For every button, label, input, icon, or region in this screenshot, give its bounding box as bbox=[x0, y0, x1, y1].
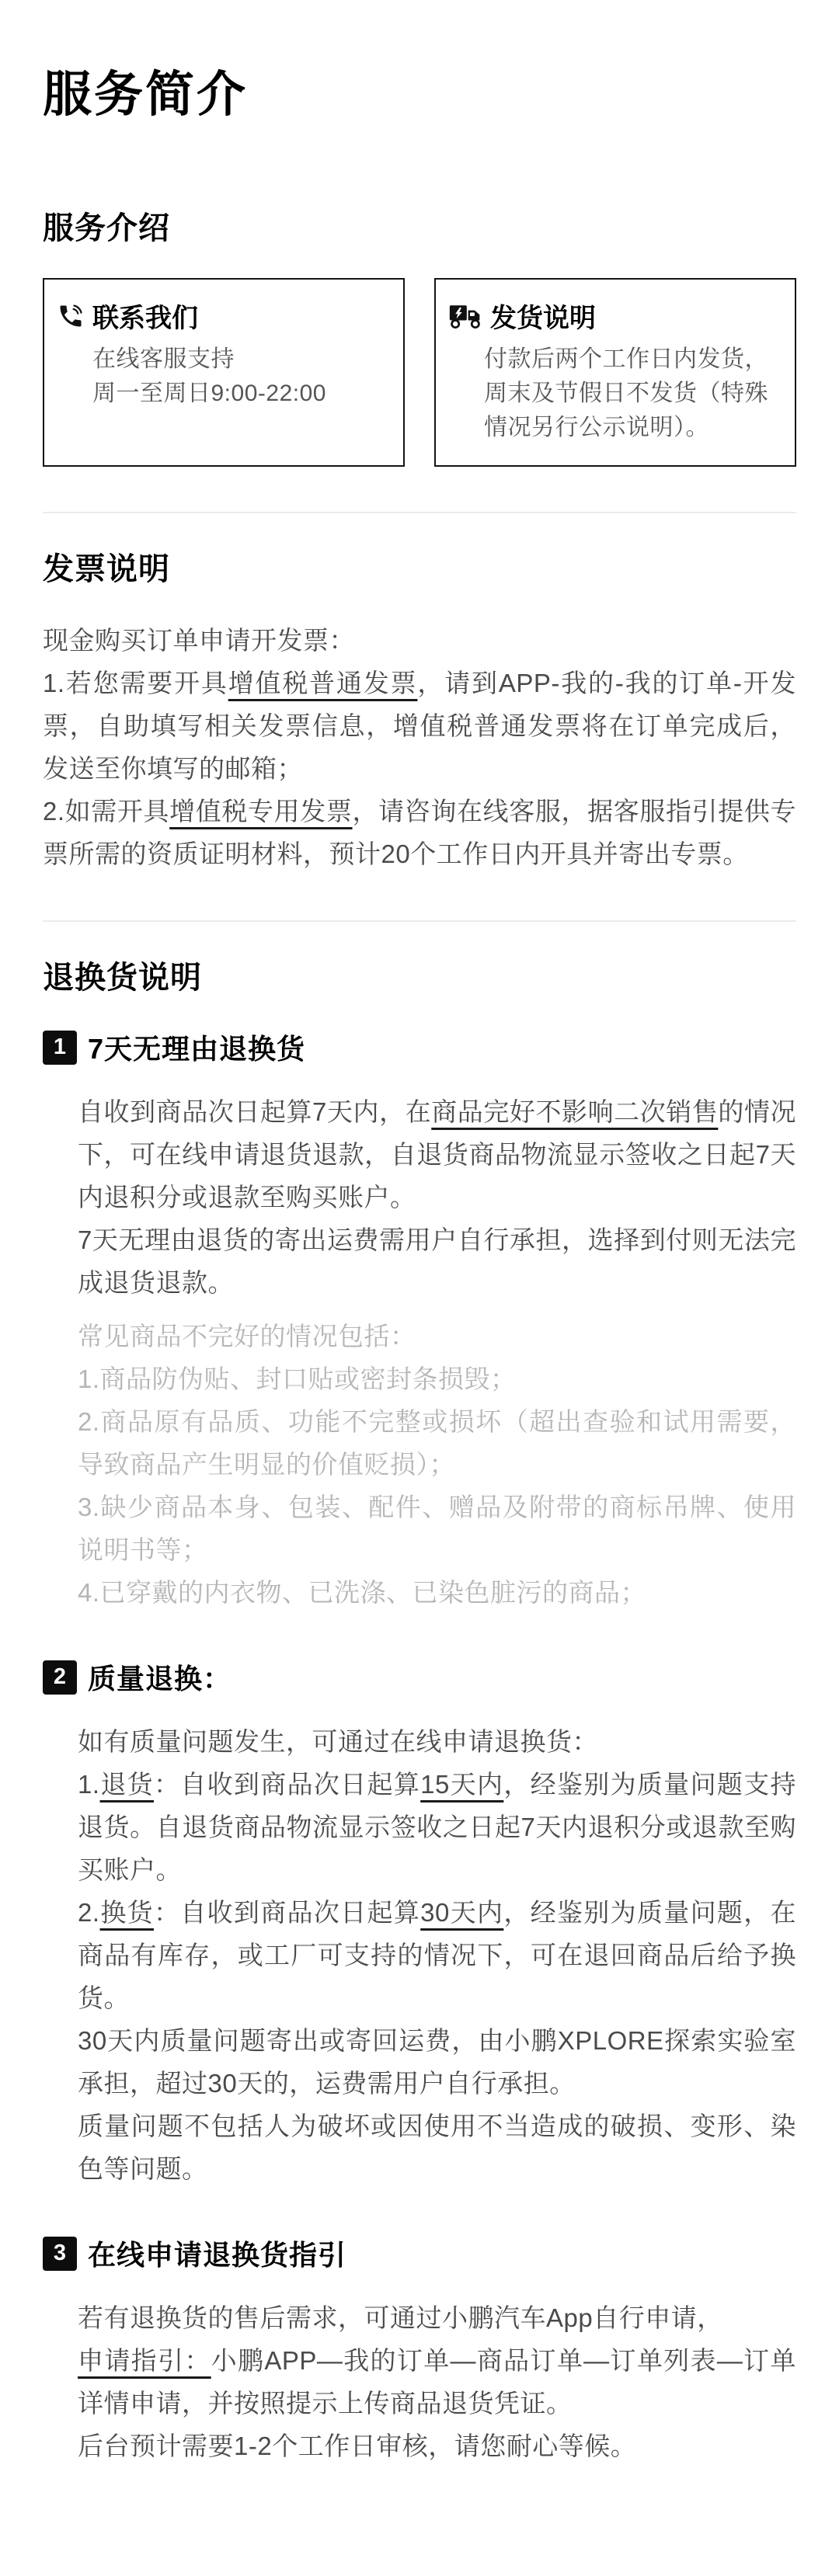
return-item-header: 2 质量退换： bbox=[43, 1657, 796, 1697]
underlined-text: 商品完好不影响二次销售 bbox=[431, 1097, 718, 1126]
note-line: 1.商品防伪贴、封口贴或密封条损毁； bbox=[78, 1358, 796, 1400]
item-number-badge: 1 bbox=[43, 1031, 77, 1065]
contact-hours-line: 周一至周日9:00-22:00 bbox=[92, 377, 386, 411]
note-line: 3.缺少商品本身、包装、配件、赠品及附带的商标吊牌、使用说明书等； bbox=[78, 1486, 796, 1571]
section-divider bbox=[43, 512, 796, 513]
shipping-card-header: 发货说明 bbox=[448, 297, 778, 335]
return-item-quality: 2 质量退换： 如有质量问题发生，可通过在线申请退换货： 1.退货：自收到商品次… bbox=[43, 1657, 796, 2190]
section-service-intro: 服务介绍 联系我们 在线客服支持 周一至周日9:00-22:00 bbox=[43, 210, 796, 467]
note-line: 常见商品不完好的情况包括： bbox=[78, 1315, 796, 1358]
shipping-policy-line: 付款后两个工作日内发货，周末及节假日不发货（特殊情况另行公示说明）。 bbox=[484, 342, 778, 445]
return-item-guide: 3 在线申请退换货指引 若有退换货的售后需求，可通过小鹏汽车App自行申请， 申… bbox=[43, 2234, 796, 2467]
return-item-title: 7天无理由退换货 bbox=[88, 1027, 305, 1067]
section-returns: 退换货说明 1 7天无理由退换货 自收到商品次日起算7天内，在商品完好不影响二次… bbox=[43, 959, 796, 2467]
return-item-body: 自收到商品次日起算7天内，在商品完好不影响二次销售的情况下，可在线申请退货退款，… bbox=[78, 1090, 796, 1304]
contact-card-header: 联系我们 bbox=[57, 297, 386, 335]
underlined-text: 退货 bbox=[100, 1770, 154, 1799]
invoice-text: 现金购买订单申请开发票： 1.若您需要开具增值税普通发票，请到APP-我的-我的… bbox=[43, 619, 796, 875]
return-item-note: 常见商品不完好的情况包括： 1.商品防伪贴、封口贴或密封条损毁； 2.商品原有品… bbox=[78, 1315, 796, 1614]
note-line: 4.已穿戴的内衣物、已洗涤、已染色脏污的商品； bbox=[78, 1571, 796, 1614]
shipping-card-title: 发货说明 bbox=[490, 297, 596, 335]
underlined-text: 换货 bbox=[100, 1898, 154, 1927]
return-item-no-reason: 1 7天无理由退换货 自收到商品次日起算7天内，在商品完好不影响二次销售的情况下… bbox=[43, 1027, 796, 1614]
item-number-badge: 3 bbox=[43, 2237, 77, 2271]
return-item-body: 如有质量问题发生，可通过在线申请退换货： 1.退货：自收到商品次日起算15天内，… bbox=[78, 1720, 796, 2190]
invoice-intro-paragraph: 现金购买订单申请开发票： bbox=[43, 619, 796, 662]
paragraph: 7天无理由退货的寄出运费需用户自行承担，选择到付则无法完成退货退款。 bbox=[78, 1218, 796, 1304]
contact-card-body: 在线客服支持 周一至周日9:00-22:00 bbox=[92, 342, 386, 411]
underlined-text: 增值税专用发票 bbox=[169, 797, 352, 826]
paragraph: 30天内质量问题寄出或寄回运费，由小鹏XPLORE探索实验室承担，超过30天的，… bbox=[78, 2019, 796, 2105]
truck-icon bbox=[448, 303, 482, 329]
paragraph: 2.换货：自收到商品次日起算30天内，经鉴别为质量问题，在商品有库存，或工厂可支… bbox=[78, 1891, 796, 2019]
phone-icon bbox=[57, 302, 85, 330]
section-divider bbox=[43, 920, 796, 922]
item-number-badge: 2 bbox=[43, 1660, 77, 1695]
section-invoice: 发票说明 现金购买订单申请开发票： 1.若您需要开具增值税普通发票，请到APP-… bbox=[43, 551, 796, 875]
paragraph: 若有退换货的售后需求，可通过小鹏汽车App自行申请， bbox=[78, 2296, 796, 2339]
paragraph: 如有质量问题发生，可通过在线申请退换货： bbox=[78, 1720, 796, 1763]
service-intro-page: 服务简介 服务介绍 联系我们 在线客服支持 周一至周日9: bbox=[0, 0, 839, 2576]
returns-heading: 退换货说明 bbox=[43, 959, 796, 996]
return-item-title: 在线申请退换货指引 bbox=[88, 2234, 346, 2273]
contact-card: 联系我们 在线客服支持 周一至周日9:00-22:00 bbox=[43, 278, 405, 467]
paragraph: 申请指引：小鹏APP—我的订单—商品订单—订单列表—订单详情申请，并按照提示上传… bbox=[78, 2339, 796, 2425]
underlined-text: 申请指引： bbox=[78, 2346, 211, 2375]
invoice-heading: 发票说明 bbox=[43, 551, 796, 588]
invoice-general-paragraph: 1.若您需要开具增值税普通发票，请到APP-我的-我的订单-开发票，自助填写相关… bbox=[43, 662, 796, 790]
invoice-special-paragraph: 2.如需开具增值税专用发票，请咨询在线客服，据客服指引提供专票所需的资质证明材料… bbox=[43, 790, 796, 875]
paragraph: 1.退货：自收到商品次日起算15天内，经鉴别为质量问题支持退货。自退货商品物流显… bbox=[78, 1763, 796, 1891]
contact-card-title: 联系我们 bbox=[92, 297, 198, 335]
underlined-text: 增值税普通发票 bbox=[228, 669, 418, 697]
return-item-header: 3 在线申请退换货指引 bbox=[43, 2234, 796, 2273]
underlined-text: 30天内 bbox=[420, 1898, 503, 1927]
note-line: 2.商品原有品质、功能不完整或损坏（超出查验和试用需要，导致商品产生明显的价值贬… bbox=[78, 1400, 796, 1486]
paragraph: 质量问题不包括人为破坏或因使用不当造成的破损、变形、染色等问题。 bbox=[78, 2105, 796, 2190]
shipping-card-body: 付款后两个工作日内发货，周末及节假日不发货（特殊情况另行公示说明）。 bbox=[484, 342, 778, 445]
page-title: 服务简介 bbox=[43, 67, 796, 123]
shipping-card: 发货说明 付款后两个工作日内发货，周末及节假日不发货（特殊情况另行公示说明）。 bbox=[434, 278, 796, 467]
intro-cards: 联系我们 在线客服支持 周一至周日9:00-22:00 bbox=[43, 278, 796, 467]
contact-support-line: 在线客服支持 bbox=[92, 342, 386, 377]
return-item-body: 若有退换货的售后需求，可通过小鹏汽车App自行申请， 申请指引：小鹏APP—我的… bbox=[78, 2296, 796, 2467]
paragraph: 自收到商品次日起算7天内，在商品完好不影响二次销售的情况下，可在线申请退货退款，… bbox=[78, 1090, 796, 1218]
return-item-header: 1 7天无理由退换货 bbox=[43, 1027, 796, 1067]
return-item-title: 质量退换： bbox=[88, 1657, 232, 1697]
paragraph: 后台预计需要1-2个工作日审核，请您耐心等候。 bbox=[78, 2425, 796, 2467]
service-intro-heading: 服务介绍 bbox=[43, 210, 796, 247]
underlined-text: 15天内 bbox=[420, 1770, 503, 1799]
